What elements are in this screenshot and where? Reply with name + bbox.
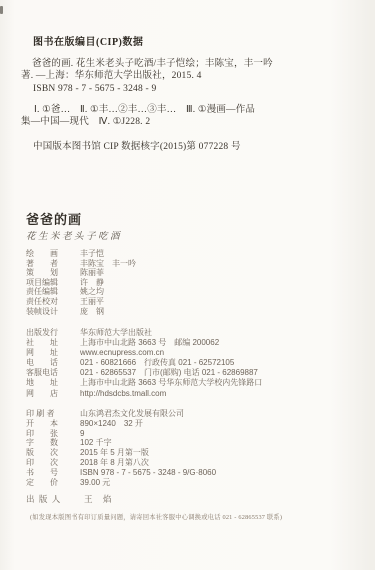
printing-label: 定 价 [26,478,80,488]
printing-value: 102 千字 [80,438,112,448]
credit-value: 陈丽菲 [80,268,104,278]
publisher-row-online-store: 网 店 http://hdsdcbs.tmall.com [26,389,262,399]
publisher-value: http://hdsdcbs.tmall.com [80,389,166,399]
printing-value: 39.00 元 [80,478,110,488]
credit-row-artist: 绘 画 丰子恺 [26,249,136,259]
credit-label: 绘 画 [26,249,80,259]
publisher-label: 电 话 [26,358,80,368]
publisher-value: 上海市中山北路 3663 号华东师范大学校内先锋路口 [80,378,262,388]
publisher-person-value: 王 焰 [84,493,113,505]
printing-row-format: 开 本 890×1240 32 开 [26,419,216,429]
cip-isbn: ISBN 978 - 7 - 5675 - 3248 - 9 [33,83,283,96]
printing-value: 9 [80,429,84,439]
credit-row-proofreader: 责任校对 王丽平 [26,297,136,307]
printing-row-isbn: 书 号 ISBN 978 - 7 - 5675 - 3248 - 9/G·806… [26,468,216,478]
publisher-value: 021 - 62865537 门市(邮购) 电话 021 - 62869887 [80,368,258,378]
credit-value: 庞 钢 [80,307,104,317]
credit-value: 丰子恺 [80,249,104,259]
cip-description: 爸爸的画. 花生米老头子吃酒/丰子恺绘；丰陈宝，丰一吟 著. —上海：华东师范大… [21,58,283,83]
publisher-label: 网 店 [26,389,80,399]
publisher-label: 社 址 [26,338,80,348]
publisher-person-row: 出 版 人 王 焰 [26,493,113,505]
printing-value: 2018 年 8 月第八次 [80,458,149,468]
credit-label: 责任校对 [26,297,80,307]
publisher-row-service-phone: 客服电话 021 - 62865537 门市(邮购) 电话 021 - 6286… [26,368,262,378]
publisher-label: 网 址 [26,348,80,358]
cip-description-line1: 爸爸的画. 花生米老头子吃酒/丰子恺绘；丰陈宝，丰一吟 [32,59,273,69]
printing-label: 书 号 [26,468,80,478]
printing-label: 印 张 [26,429,80,439]
copyright-page: 图书在版编目(CIP)数据 爸爸的画. 花生米老头子吃酒/丰子恺绘；丰陈宝，丰一… [0,0,375,570]
publisher-row-phone: 电 话 021 - 60821666 行政传真 021 - 62572105 [26,358,262,368]
printing-label: 版 次 [26,448,80,458]
credit-row-designer: 装帧设计 庞 钢 [26,307,136,317]
credit-label: 装帧设计 [26,307,80,317]
cip-header: 图书在版编目(CIP)数据 [33,37,283,50]
printing-row-wordcount: 字 数 102 千字 [26,438,216,448]
publisher-row-press: 出版发行 华东师范大学出版社 [26,328,262,338]
printing-row-sheets: 印 张 9 [26,429,216,439]
publisher-label: 地 址 [26,378,80,388]
printing-block: 印 刷 者 山东鸿君杰文化发展有限公司 开 本 890×1240 32 开 印 … [26,409,216,487]
printing-row-impression: 印 次 2018 年 8 月第八次 [26,458,216,468]
credit-value: 丰陈宝 丰一吟 [80,259,136,269]
credit-row-project-editor: 项目编辑 许 静 [26,278,136,288]
credit-value: 姚之均 [80,287,104,297]
publisher-row-address: 社 址 上海市中山北路 3663 号 邮编 200062 [26,338,262,348]
publisher-value: 华东师范大学出版社 [80,328,152,338]
credit-label: 项目编辑 [26,278,80,288]
publisher-block: 出版发行 华东师范大学出版社 社 址 上海市中山北路 3663 号 邮编 200… [26,328,262,399]
credit-value: 许 静 [80,278,104,288]
credit-label: 著 者 [26,259,80,269]
printing-value: 890×1240 32 开 [80,419,143,429]
credit-row-authors: 著 者 丰陈宝 丰一吟 [26,259,136,269]
publisher-value: 上海市中山北路 3663 号 邮编 200062 [80,338,219,348]
credit-label: 策 划 [26,268,80,278]
publisher-label: 出版发行 [26,328,80,338]
publisher-row-website: 网 址 www.ecnupress.com.cn [26,348,262,358]
credit-label: 责任编辑 [26,287,80,297]
scan-smudge [0,6,3,14]
printing-label: 印 次 [26,458,80,468]
credit-value: 王丽平 [80,297,104,307]
publisher-value: 021 - 60821666 行政传真 021 - 62572105 [80,358,234,368]
cip-classification-line1: Ⅰ. ①爸… Ⅱ. ①丰…②丰…③丰… Ⅲ. ①漫画—作品 [34,105,255,115]
printing-value: 2015 年 5 月第一版 [80,448,149,458]
publisher-label: 客服电话 [26,368,80,378]
cip-classification: Ⅰ. ①爸… Ⅱ. ①丰…②丰…③丰… Ⅲ. ①漫画—作品 集—中国—现代 Ⅳ.… [21,104,283,129]
credits-block: 绘 画 丰子恺 著 者 丰陈宝 丰一吟 策 划 陈丽菲 项目编辑 许 静 责任编… [26,249,136,316]
printing-row-price: 定 价 39.00 元 [26,478,216,488]
printing-row-printer: 印 刷 者 山东鸿君杰文化发展有限公司 [26,409,216,419]
cip-description-line2: 著. —上海：华东师范大学出版社，2015. 4 [21,71,202,81]
cip-classification-line2: 集—中国—现代 Ⅳ. ①J228. 2 [21,117,150,127]
printing-label: 印 刷 者 [26,409,80,419]
publisher-value: www.ecnupress.com.cn [80,348,164,358]
cip-record-number: 中国版本图书馆 CIP 数据核字(2015)第 077228 号 [33,141,283,154]
publisher-row-store-address: 地 址 上海市中山北路 3663 号华东师范大学校内先锋路口 [26,378,262,388]
publisher-person-label: 出 版 人 [26,493,84,505]
printing-label: 字 数 [26,438,80,448]
quality-footnote: (如发现本版图书有印订质量问题，请寄回本社客服中心调换或电话 021 - 628… [30,512,350,521]
printing-value: ISBN 978 - 7 - 5675 - 3248 - 9/G·8060 [80,468,216,478]
cip-block: 图书在版编目(CIP)数据 爸爸的画. 花生米老头子吃酒/丰子恺绘；丰陈宝，丰一… [21,37,283,153]
book-subtitle: 花生米老头子吃酒 [26,228,122,242]
printing-label: 开 本 [26,419,80,429]
printing-value: 山东鸿君杰文化发展有限公司 [80,409,184,419]
credit-row-planner: 策 划 陈丽菲 [26,268,136,278]
book-title: 爸爸的画 [26,209,82,228]
credit-row-responsible-editor: 责任编辑 姚之均 [26,287,136,297]
printing-row-edition: 版 次 2015 年 5 月第一版 [26,448,216,458]
